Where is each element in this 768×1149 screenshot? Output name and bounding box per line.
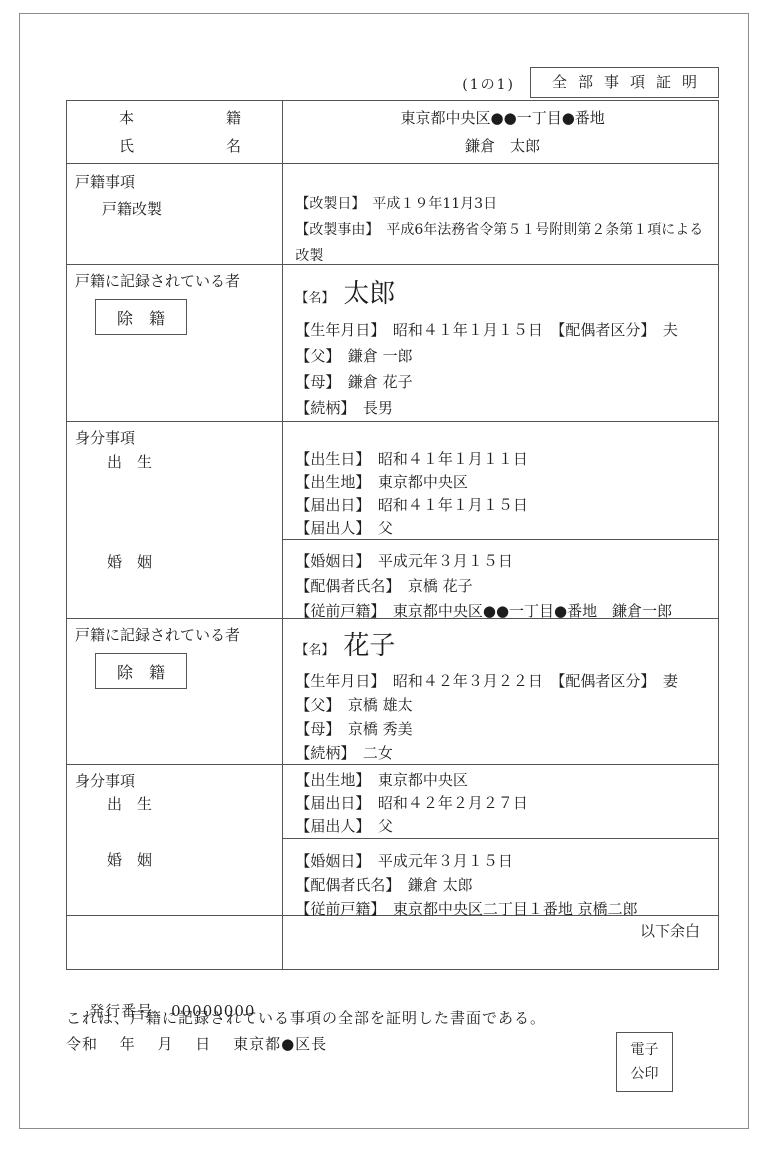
birth-place-line: 【出生地】 東京都中央区 (295, 769, 710, 792)
certificate-sheet: (1の1) 全部事項証明 本 籍 氏 名 東京都中央区●●一丁目●番地 鎌倉 太… (0, 0, 768, 1149)
birthdate-line: 【生年月日】 昭和４１年１月１５日 【配偶者区分】 夫 (295, 317, 710, 343)
kaisei-date: 【改製日】 平成１９年11月3日 (295, 191, 710, 217)
mother-line: 【母】 京橋 秀美 (295, 717, 710, 741)
marriage-block: 【婚姻日】 平成元年３月１５日 【配偶者氏名】 京橋 花子 【従前戸籍】 東京都… (283, 540, 718, 624)
remainder-empty-cell (67, 916, 283, 969)
birth-block: 【出生地】 東京都中央区 【届出日】 昭和４２年２月２７日 【届出人】 父 (283, 765, 718, 839)
section-label: 戸籍事項 (75, 169, 274, 196)
person2-name-line: 【名】 花子 (295, 629, 710, 663)
family-register-table: 本 籍 氏 名 東京都中央区●●一丁目●番地 鎌倉 太郎 戸籍事項 戸籍改製 【… (66, 100, 719, 970)
koseki-jiko-row: 戸籍事項 戸籍改製 【改製日】 平成１９年11月3日 【改製事由】 平成6年法務… (67, 163, 718, 264)
removed-stamp: 除 籍 (117, 306, 165, 329)
report-date-line: 【届出日】 昭和４２年２月２７日 (295, 792, 710, 815)
kaisei-reason: 【改製事由】 平成6年法務省令第５１号附則第２条第１項による (295, 217, 710, 243)
reporter-line: 【届出人】 父 (295, 815, 710, 838)
seal-text-bottom: 公印 (617, 1062, 672, 1086)
person1-name-line: 【名】 太郎 (295, 277, 710, 311)
birthdate-line: 【生年月日】 昭和４２年３月２２日 【配偶者区分】 妻 (295, 669, 710, 693)
marriage-label: 婚 姻 (107, 551, 152, 572)
name-label: 氏 名 (119, 132, 241, 160)
certification-statement: これは、戸籍に記録されている事項の全部を証明した書面である。 (66, 1007, 546, 1028)
birth-date-line: 【出生日】 昭和４１年１月１１日 (295, 448, 710, 471)
birth-block: 【出生日】 昭和４１年１月１１日 【出生地】 東京都中央区 【届出日】 昭和４１… (283, 422, 718, 540)
removed-stamp-box: 除 籍 (95, 653, 187, 689)
person2-row: 戸籍に記録されている者 除 籍 【名】 花子 【生年月日】 昭和４２年３月２２日… (67, 618, 718, 764)
certificate-title: 全部事項証明 (552, 73, 708, 91)
person1-row: 戸籍に記録されている者 除 籍 【名】 太郎 【生年月日】 昭和４１年１月１５日… (67, 264, 718, 421)
spouse-name-line: 【配偶者氏名】 京橋 花子 (295, 574, 710, 599)
person2-labels: 戸籍に記録されている者 除 籍 (67, 619, 283, 764)
koseki-jiko-details: 【改製日】 平成１９年11月3日 【改製事由】 平成6年法務省令第５１号附則第２… (283, 164, 718, 264)
seal-text-top: 電子 (617, 1038, 672, 1062)
person1-attributes: 【生年月日】 昭和４１年１月１５日 【配偶者区分】 夫 【父】 鎌倉 一郎 【母… (295, 317, 710, 421)
mother-line: 【母】 鎌倉 花子 (295, 369, 710, 395)
marriage-block: 【婚姻日】 平成元年３月１５日 【配偶者氏名】 鎌倉 太郎 【従前戸籍】 東京都… (283, 839, 718, 921)
remainder-row: 以下余白 (67, 915, 718, 969)
person1-labels: 戸籍に記録されている者 除 籍 (67, 265, 283, 421)
person2-details: 【名】 花子 【生年月日】 昭和４２年３月２２日 【配偶者区分】 妻 【父】 京… (283, 619, 718, 764)
issue-date-line: 令和 年 月 日 東京都●区長 (66, 1033, 327, 1054)
register-header-labels: 本 籍 氏 名 (67, 101, 283, 163)
marriage-label: 婚 姻 (107, 849, 152, 870)
person1-events-row: 身分事項 出 生 婚 姻 【出生日】 昭和４１年１月１１日 【出生地】 東京都中… (67, 421, 718, 618)
section-label: 身分事項 (75, 427, 135, 448)
koseki-jiko-labels: 戸籍事項 戸籍改製 (67, 164, 283, 264)
family-name-value: 鎌倉 太郎 (295, 132, 710, 160)
event-label: 戸籍改製 (102, 196, 274, 223)
person2-attributes: 【生年月日】 昭和４２年３月２２日 【配偶者区分】 妻 【父】 京橋 雄太 【母… (295, 669, 710, 765)
honseki-value: 東京都中央区●●一丁目●番地 (295, 104, 710, 132)
birth-place-line: 【出生地】 東京都中央区 (295, 471, 710, 494)
remainder-note: 以下余白 (283, 916, 718, 969)
birth-label: 出 生 (107, 451, 152, 472)
section-label: 身分事項 (75, 770, 135, 791)
certificate-title-box: 全部事項証明 (530, 67, 719, 98)
marriage-date-line: 【婚姻日】 平成元年３月１５日 (295, 849, 710, 873)
section-label: 戸籍に記録されている者 (75, 624, 274, 645)
relation-line: 【続柄】 長男 (295, 395, 710, 421)
person1-events-labels: 身分事項 出 生 婚 姻 (67, 422, 283, 618)
removed-stamp-box: 除 籍 (95, 299, 187, 335)
person1-name: 太郎 (343, 277, 395, 311)
register-header-row: 本 籍 氏 名 東京都中央区●●一丁目●番地 鎌倉 太郎 (67, 101, 718, 163)
father-line: 【父】 京橋 雄太 (295, 693, 710, 717)
page-number: (1の1) (400, 74, 515, 94)
register-header-values: 東京都中央区●●一丁目●番地 鎌倉 太郎 (283, 101, 718, 163)
person2-events-row: 身分事項 出 生 婚 姻 【出生地】 東京都中央区 【届出日】 昭和４２年２月２… (67, 764, 718, 915)
relation-line: 【続柄】 二女 (295, 741, 710, 765)
birth-label: 出 生 (107, 793, 152, 814)
person2-events-labels: 身分事項 出 生 婚 姻 (67, 765, 283, 915)
electronic-seal-box: 電子 公印 (616, 1032, 673, 1092)
person2-name: 花子 (343, 629, 395, 663)
name-bracket: 【名】 (295, 287, 334, 306)
section-label: 戸籍に記録されている者 (75, 270, 274, 291)
report-date-line: 【届出日】 昭和４１年１月１５日 (295, 494, 710, 517)
person1-details: 【名】 太郎 【生年月日】 昭和４１年１月１５日 【配偶者区分】 夫 【父】 鎌… (283, 265, 718, 421)
person1-events-details: 【出生日】 昭和４１年１月１１日 【出生地】 東京都中央区 【届出日】 昭和４１… (283, 422, 718, 618)
name-bracket: 【名】 (295, 639, 334, 658)
marriage-date-line: 【婚姻日】 平成元年３月１５日 (295, 549, 710, 574)
removed-stamp: 除 籍 (117, 660, 165, 683)
father-line: 【父】 鎌倉 一郎 (295, 343, 710, 369)
honseki-label: 本 籍 (119, 104, 241, 132)
person2-events-details: 【出生地】 東京都中央区 【届出日】 昭和４２年２月２７日 【届出人】 父 【婚… (283, 765, 718, 915)
reporter-line: 【届出人】 父 (295, 517, 710, 540)
spouse-name-line: 【配偶者氏名】 鎌倉 太郎 (295, 873, 710, 897)
